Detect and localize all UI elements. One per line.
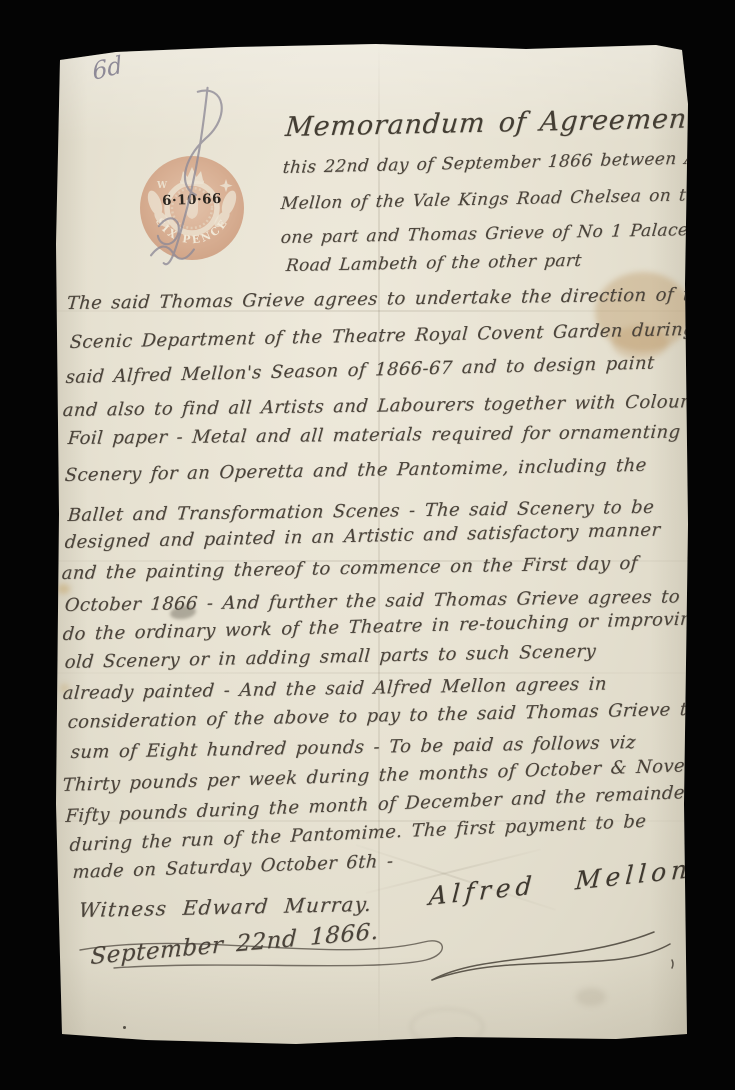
ink-dot bbox=[123, 1026, 126, 1029]
stain-bottom-center bbox=[576, 988, 606, 1006]
pencil-initials-scribble bbox=[140, 82, 240, 267]
pencil-price-annotation: 6d bbox=[91, 50, 124, 86]
body-line: made on Saturday October 6th - bbox=[72, 851, 394, 883]
body-line: Foil paper - Metal and all materials req… bbox=[67, 422, 681, 449]
body-line: old Scenery or in adding small parts to … bbox=[64, 641, 597, 673]
stain-left-edge bbox=[57, 584, 70, 594]
signature-alfred-mellon: Alfred Mellon bbox=[428, 854, 693, 911]
heading-line: Mellon of the Vale Kings Road Chelsea on… bbox=[280, 185, 709, 214]
body-line: The said Thomas Grieve agrees to underta… bbox=[66, 284, 715, 314]
document-paper: W SIX PENCE 6·10·66 6d Memorandum of Agr… bbox=[56, 44, 688, 1046]
faint-showthrough-mark bbox=[410, 1008, 484, 1046]
heading-line: this 22nd day of September 1866 between … bbox=[282, 148, 735, 178]
body-line: Scenery for an Operetta and the Pantomim… bbox=[64, 455, 647, 486]
body-line: consideration of the above to pay to the… bbox=[67, 699, 711, 733]
body-line: already painted - And the said Alfred Me… bbox=[62, 673, 608, 704]
body-line: and also to find all Artists and Laboure… bbox=[62, 391, 699, 421]
date-line: September 22nd 1866. bbox=[90, 919, 379, 970]
body-line: said Alfred Mellon's Season of 1866-67 a… bbox=[65, 353, 655, 388]
body-line: sum of Eight hundred pounds - To be paid… bbox=[70, 732, 636, 763]
heading-title: Memorandum of Agreement made bbox=[284, 101, 735, 143]
witness-line: Witness Edward Murray. bbox=[78, 892, 373, 922]
body-line: and the painting thereof to commence on … bbox=[61, 553, 639, 584]
heading-line: one part and Thomas Grieve of No 1 Palac… bbox=[280, 220, 689, 248]
photo-background: W SIX PENCE 6·10·66 6d Memorandum of Agr… bbox=[0, 0, 735, 1090]
body-line: Scenic Department of the Theatre Royal C… bbox=[69, 318, 735, 353]
heading-line: Road Lambeth of the other part bbox=[285, 251, 583, 276]
signature-flourish bbox=[424, 922, 676, 994]
